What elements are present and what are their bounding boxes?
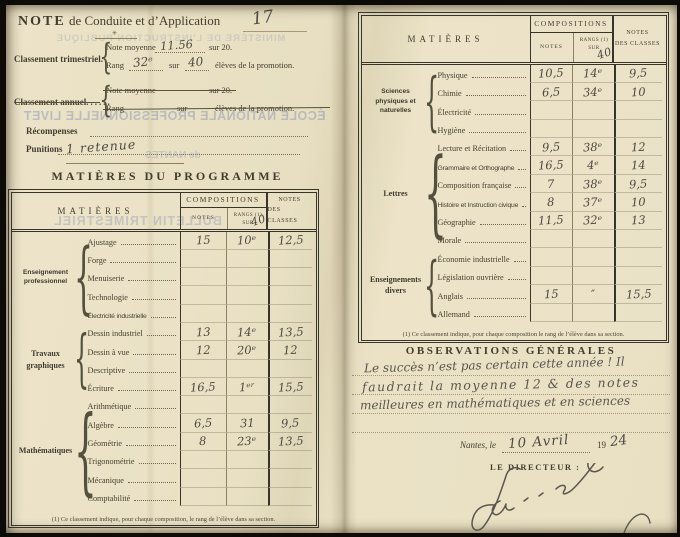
note-cell <box>530 304 572 322</box>
leader <box>129 69 163 71</box>
table-footnote: (1) Ce classement indique, pour chaque c… <box>12 511 316 525</box>
subject-label: Menuiserie <box>88 274 125 283</box>
classe-cell-value: 12 <box>283 343 298 358</box>
date-line <box>502 451 590 453</box>
dotted-leader <box>467 298 526 299</box>
table-header: MATIÈRES COMPOSITIONS NOTES RANGS (1) SU… <box>12 193 316 232</box>
subject-label: Histoire et Instruction civique <box>438 202 519 209</box>
note-cell-value: 7 <box>547 176 555 190</box>
dotted-leader <box>466 95 526 96</box>
rang-cell: 38ᵉ <box>572 175 614 193</box>
note-cell-value: 13 <box>195 324 210 339</box>
note-cell: 16,5 <box>530 156 572 174</box>
dotted-leader <box>480 224 526 225</box>
note-cell: 7 <box>530 175 572 193</box>
frame-top <box>0 0 680 5</box>
group-label: Travaux graphiques <box>15 323 77 396</box>
note-cell-value: 11,5 <box>538 213 564 228</box>
grades-table-left: MATIÈRES COMPOSITIONS NOTES RANGS (1) SU… <box>8 189 319 528</box>
dotted-leader <box>522 206 525 207</box>
classe-cell-value: 10 <box>631 84 646 99</box>
subject-label: Trigonométrie <box>88 457 135 466</box>
rang-cell: ″ <box>572 285 614 303</box>
classe-cell <box>268 286 312 304</box>
classe-cell <box>614 304 662 322</box>
rangs-sur-value: 40 <box>594 43 614 64</box>
classe-cell <box>614 230 662 248</box>
subject-label: Mécanique <box>88 476 124 485</box>
rang-cell: 4ᵉ <box>572 156 614 174</box>
classe-cell-value: 13 <box>631 213 646 228</box>
page-title: NOTE de Conduite et d’Application <box>18 13 220 30</box>
header-matieres: MATIÈRES <box>362 16 530 62</box>
strike-line <box>14 102 100 103</box>
rang-cell <box>226 305 268 323</box>
rang-cell: 23ᵉ <box>226 433 268 451</box>
note-cell <box>180 250 226 268</box>
classe-cell <box>268 250 312 268</box>
subject-label: Écriture <box>88 384 114 393</box>
note-cell <box>180 360 226 378</box>
table-footnote: (1) Ce classement indique, pour chaque c… <box>362 326 666 340</box>
classe-cell <box>614 101 662 119</box>
classe-cell <box>268 451 312 469</box>
rang-cell-value: 38ᵉ <box>583 176 603 191</box>
subject-label: Législation ouvrière <box>438 273 504 282</box>
table-header: MATIÈRES COMPOSITIONS NOTES RANGS (1) SU… <box>362 16 666 65</box>
rang-cell-value: 34ᵉ <box>583 84 603 99</box>
punitions-line <box>58 153 300 155</box>
subject-label: Comptabilité <box>88 494 131 503</box>
header-matieres: MATIÈRES <box>12 193 180 229</box>
note-cell <box>530 120 572 138</box>
subject-label: Chimie <box>438 89 462 98</box>
classe-cell <box>268 268 312 286</box>
rang-cell <box>572 304 614 322</box>
rang-cell: 10ᵉ <box>226 232 268 250</box>
trimestriel-rang-label: Rang <box>106 60 124 70</box>
classe-cell-value: 10 <box>631 195 646 210</box>
rang-cell-value: 4ᵉ <box>587 158 599 173</box>
note-cell-value: 6,5 <box>541 84 560 99</box>
note-cell: 16,5 <box>180 378 226 396</box>
subject-label: Morale <box>438 236 462 245</box>
note-cell <box>180 305 226 323</box>
classe-cell: 9,5 <box>268 414 312 432</box>
classe-cell-value: 13,5 <box>277 434 303 449</box>
leader <box>155 51 205 53</box>
ruled-line <box>352 412 670 414</box>
classe-cell: 9,5 <box>614 175 662 193</box>
note-cell <box>180 286 226 304</box>
classe-cell <box>268 305 312 323</box>
subject-label: Géométrie <box>88 439 123 448</box>
classe-cell: 12 <box>268 341 312 359</box>
trimestriel-note-line: Note moyenne <box>106 42 156 52</box>
short-rule <box>66 163 184 164</box>
note-cell <box>530 230 572 248</box>
note-cell-value: 16,5 <box>190 379 216 394</box>
rang-cell-value: 37ᵉ <box>583 194 603 209</box>
note-cell-value: 15 <box>543 287 558 302</box>
dotted-leader <box>121 244 176 245</box>
title-rest: de Conduite et d’Application <box>69 13 220 28</box>
note-cell <box>530 101 572 119</box>
rangs-sur-value: 40 <box>248 210 268 231</box>
dotted-leader <box>475 114 525 115</box>
dotted-leader <box>147 335 176 336</box>
note-cell: 11,5 <box>530 212 572 230</box>
rang-cell-value: 14ᵉ <box>583 66 603 81</box>
classe-cell-value: 14 <box>631 158 646 173</box>
dotted-leader <box>118 390 176 391</box>
subject-label: Allemand <box>438 310 470 319</box>
note-cell-value: 8 <box>199 434 207 448</box>
classe-cell-value: 12,5 <box>277 232 303 247</box>
classe-cell-value: 15,5 <box>625 286 651 301</box>
classe-cell <box>614 120 662 138</box>
group-label: Enseignements divers <box>365 248 427 322</box>
dotted-leader <box>133 354 175 355</box>
note-cell-value: 10,5 <box>538 66 564 81</box>
note-cell: 10,5 <box>530 65 572 83</box>
note-cell: 15 <box>180 232 226 250</box>
dotted-leader <box>128 280 175 281</box>
table-body: Physique10,514ᵉ9,5Chimie6,534ᵉ10Électric… <box>362 65 666 326</box>
rang-cell <box>226 268 268 286</box>
trimestriel-sur-label: sur <box>169 60 179 70</box>
classe-cell: 14 <box>614 156 662 174</box>
classe-cell: 15,5 <box>614 285 662 303</box>
director-signature <box>420 463 630 535</box>
dotted-leader <box>518 169 525 170</box>
subject-label: Physique <box>438 71 468 80</box>
rang-cell: 32ᵉ <box>572 212 614 230</box>
dotted-leader <box>110 262 175 263</box>
note-cell-value: 15 <box>195 233 210 248</box>
table-body: Ajustage1510ᵉ12,5ForgeMenuiserieTechnolo… <box>12 232 316 511</box>
header-notes-classes: NOTES DES CLASSES <box>614 16 662 62</box>
grades-table-right: MATIÈRES COMPOSITIONS NOTES RANGS (1) SU… <box>358 12 669 343</box>
subject-label: Économie industrielle <box>438 255 510 264</box>
classe-cell-value: 15,5 <box>277 379 303 394</box>
report-card-scan: MINISTÈRE DE L’INSTRUCTION PUBLIQUE ÉCOL… <box>0 0 680 537</box>
dotted-leader <box>126 445 175 446</box>
note-cell-value: 16,5 <box>538 157 564 172</box>
rang-cell <box>572 101 614 119</box>
conduct-note-value: 17 <box>251 7 275 30</box>
signature-flourish <box>620 503 660 537</box>
title-rule <box>243 31 307 32</box>
subject-label: Descriptive <box>88 366 126 375</box>
dotted-leader <box>151 317 176 318</box>
subject-label: Électricité industrielle <box>88 313 147 320</box>
rang-cell: 37ᵉ <box>572 193 614 211</box>
classe-cell: 13 <box>614 212 662 230</box>
dotted-leader <box>474 316 526 317</box>
note-cell: 13 <box>180 323 226 341</box>
classe-cell <box>614 267 662 285</box>
rang-cell-value: ″ <box>590 287 595 301</box>
subject-label: Anglais <box>438 292 463 301</box>
trimestriel-note-suffix: sur 20. <box>209 42 232 52</box>
classe-cell <box>614 248 662 266</box>
trimestriel-suffix: élèves de la promotion. <box>215 60 294 70</box>
frame-left <box>0 0 6 537</box>
rang-cell <box>226 286 268 304</box>
header-notes: NOTES <box>531 33 573 62</box>
section-title: MATIÈRES DU PROGRAMME <box>0 169 335 184</box>
subject-label: Grammaire et Orthographe <box>438 165 515 172</box>
rang-cell: 31 <box>226 414 268 432</box>
header-compositions: COMPOSITIONS <box>181 193 266 208</box>
dotted-leader <box>472 77 526 78</box>
group-label: Sciences physiques et naturelles <box>365 65 427 139</box>
subject-label: Électricité <box>438 108 472 117</box>
leader <box>185 69 209 71</box>
note-cell: 15 <box>530 285 572 303</box>
header-rangs: RANGS (1) SUR 40 <box>573 33 615 62</box>
rang-cell: 34ᵉ <box>572 83 614 101</box>
subject-label: Composition française <box>438 181 512 190</box>
dotted-leader <box>139 463 176 464</box>
dotted-leader <box>129 372 175 373</box>
classe-cell <box>268 488 312 506</box>
note-cell: 6,5 <box>530 83 572 101</box>
frame-bottom <box>0 533 680 537</box>
subject-label: Arithmétique <box>88 402 132 411</box>
note-cell: 6,5 <box>180 414 226 432</box>
rang-cell-value: 32ᵉ <box>583 213 603 228</box>
header-notes: NOTES <box>181 208 227 229</box>
note-cell: 12 <box>180 341 226 359</box>
rang-cell: 14ᵉ <box>572 65 614 83</box>
title-word: NOTE <box>18 14 66 29</box>
rang-cell: 1ᵉʳ <box>226 378 268 396</box>
rang-cell <box>572 267 614 285</box>
classe-cell-value: 9,5 <box>629 66 648 81</box>
rang-cell <box>572 230 614 248</box>
date-century: 19 <box>597 440 606 450</box>
note-cell-value: 9,5 <box>541 139 560 154</box>
classe-cell: 13,5 <box>268 433 312 451</box>
note-cell-value: 12 <box>195 343 210 358</box>
classe-cell <box>268 360 312 378</box>
dotted-leader <box>128 482 176 483</box>
group-label: Mathématiques <box>15 396 77 506</box>
trimestriel-label: Classement trimestriel.. <box>14 54 109 64</box>
subject-label: Forge <box>88 256 107 265</box>
dotted-leader <box>465 242 525 243</box>
rang-cell <box>226 396 268 414</box>
dotted-leader <box>118 427 176 428</box>
date-year-value: 24 <box>609 432 628 450</box>
note-cell: 8 <box>530 193 572 211</box>
classe-cell: 15,5 <box>268 378 312 396</box>
subject-label: Lecture et Récitation <box>438 144 507 153</box>
fold-mark: ✳ <box>112 30 117 37</box>
dotted-leader <box>134 500 175 501</box>
dotted-leader <box>510 150 525 151</box>
rang-cell <box>226 360 268 378</box>
classe-cell <box>268 469 312 487</box>
classe-cell: 12 <box>614 138 662 156</box>
classe-cell: 10 <box>614 83 662 101</box>
rang-cell: 38ᵉ <box>572 138 614 156</box>
note-cell <box>530 267 572 285</box>
rang-cell: 14ᵉ <box>226 323 268 341</box>
rang-cell: 20ᵉ <box>226 341 268 359</box>
dotted-leader <box>508 279 526 280</box>
signature-stroke <box>472 463 603 530</box>
rang-cell-value: 20ᵉ <box>237 342 257 357</box>
note-cell: 9,5 <box>530 138 572 156</box>
rang-cell <box>226 250 268 268</box>
classe-cell: 12,5 <box>268 232 312 250</box>
classe-cell: 13,5 <box>268 323 312 341</box>
rang-cell <box>226 488 268 506</box>
subject-label: Technologie <box>88 293 128 302</box>
note-cell <box>180 396 226 414</box>
rang-cell-value: 38ᵉ <box>583 139 603 154</box>
header-rangs: RANGS (1) SUR 40 <box>227 208 269 229</box>
rang-cell-value: 1ᵉʳ <box>239 379 255 394</box>
rang-value: 32ᵉ <box>132 54 153 70</box>
dotted-leader <box>469 132 525 133</box>
rang-cell-value: 10ᵉ <box>237 233 257 248</box>
rang-cell <box>226 451 268 469</box>
rang-cell <box>572 120 614 138</box>
rang-cell <box>572 248 614 266</box>
note-cell: 8 <box>180 433 226 451</box>
subject-label: Dessin industriel <box>88 329 143 338</box>
rang-cell <box>226 469 268 487</box>
classe-cell: 9,5 <box>614 65 662 83</box>
note-cell <box>180 488 226 506</box>
subject-label: Ajustage <box>88 238 117 247</box>
note-cell-value: 6,5 <box>193 416 212 431</box>
note-cell-value: 8 <box>547 195 555 209</box>
classe-cell-value: 12 <box>631 139 646 154</box>
subject-label: Hygiène <box>438 126 466 135</box>
recompenses-label: Récompenses <box>26 126 78 136</box>
note-cell <box>180 268 226 286</box>
dotted-leader <box>515 187 525 188</box>
date-prefix: Nantes, le <box>460 440 496 450</box>
classe-cell: 10 <box>614 193 662 211</box>
header-compositions: COMPOSITIONS <box>531 16 612 33</box>
rang-cell-value: 23ᵉ <box>237 434 257 449</box>
rang-cell-value: 31 <box>239 416 254 431</box>
subject-label: Dessin à vue <box>88 348 130 357</box>
classe-cell-value: 13,5 <box>277 324 303 339</box>
subject-label: Géographie <box>438 218 476 227</box>
header-notes-classes: NOTES DES CLASSES <box>268 193 312 229</box>
classe-cell-value: 9,5 <box>629 176 648 191</box>
dotted-leader <box>135 408 175 409</box>
group-label: Lettres <box>365 138 427 248</box>
classe-cell <box>268 396 312 414</box>
dotted-leader <box>514 261 526 262</box>
classe-cell-value: 9,5 <box>281 416 300 431</box>
rang-cell-value: 14ᵉ <box>237 324 257 339</box>
note-cell <box>180 451 226 469</box>
dotted-leader <box>132 299 176 300</box>
note-cell <box>180 469 226 487</box>
effectif-value: 40 <box>187 54 203 69</box>
strike-line <box>103 90 236 91</box>
note-cell <box>530 248 572 266</box>
subject-label: Algèbre <box>88 421 114 430</box>
group-label: Enseignement professionnel <box>15 232 77 323</box>
